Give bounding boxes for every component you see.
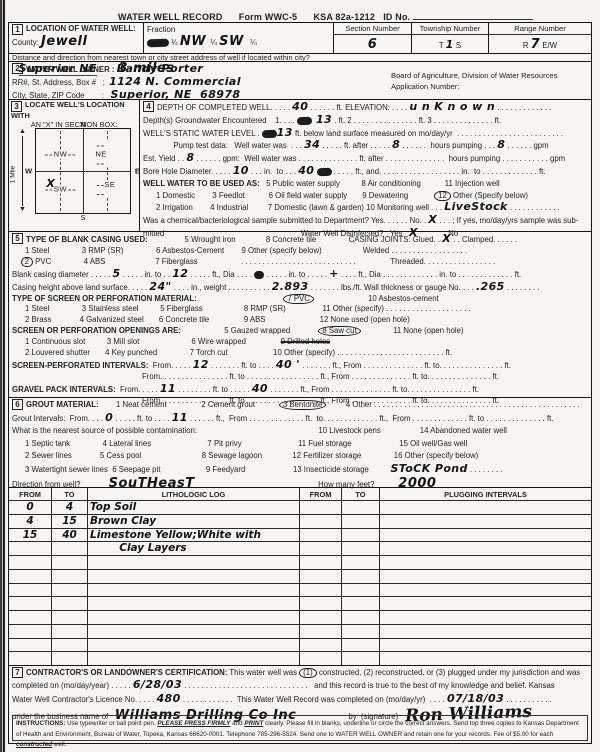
table-cell: Brown Clay xyxy=(88,515,300,528)
table-cell xyxy=(342,570,380,583)
text-run: . . . . ft., Dia . . . . . . . . . . . .… xyxy=(339,270,521,279)
text-run: constructed xyxy=(16,741,52,748)
table-cell xyxy=(52,639,88,652)
se-quadrant-label: SE xyxy=(93,180,117,198)
text-run: ¼ xyxy=(206,38,219,47)
pump-test-hours: 8 xyxy=(392,138,400,151)
text-run: Water Well Contractor's Licence No. . . … xyxy=(12,695,156,704)
table-cell xyxy=(380,556,591,569)
text-run: . ft. 2 . . . . . . . . . . . . . . . ft… xyxy=(332,116,501,125)
well-location-x-mark: X xyxy=(46,177,54,190)
screen-interval-from: 12 xyxy=(193,358,209,371)
table-cell xyxy=(88,611,300,624)
casing-diameter-1: 5 xyxy=(113,267,121,280)
horizontal-mid-line xyxy=(36,171,130,172)
use-other-circled: 12 xyxy=(434,191,451,201)
text-run: PLEASE PRESS FIRMLY xyxy=(157,720,230,727)
table-cell xyxy=(342,584,380,597)
text-run: From. . . . . . . . . . . . . . . . ft. … xyxy=(12,372,499,381)
text-run: RR#, St. Address, Box # : xyxy=(12,78,109,87)
text-run: 5 Public water supply 8 Air conditioning… xyxy=(260,179,500,188)
table-cell xyxy=(300,529,342,542)
county-value: Jewell xyxy=(41,34,87,49)
text-run: Pump test data: Well water was . . . xyxy=(143,141,304,150)
table-cell xyxy=(380,597,591,610)
text-run: . . . . . . . . ft. to . . . . . xyxy=(176,385,252,394)
contamination-header: What is the nearest source of possible c… xyxy=(12,425,588,438)
text-run: . . . . . . . . xyxy=(505,283,540,292)
form-title: WATER WELL RECORD xyxy=(118,12,223,22)
depth-completed-segments: DEPTH OF COMPLETED WELL. . . . . 40 . . … xyxy=(157,103,551,112)
table-cell xyxy=(342,515,380,528)
table-cell xyxy=(9,570,52,583)
section-location: 1LOCATION OF WATER WELL: County: Jewell … xyxy=(9,23,591,62)
instructions-block: INSTRUCTIONS: Use typewriter or ball poi… xyxy=(12,715,588,741)
table-cell-value: 0 xyxy=(26,502,33,513)
section-4-number: 4 xyxy=(143,101,154,112)
text-run: This water well was xyxy=(227,668,299,677)
scan-edge-artifact xyxy=(0,0,6,752)
table-cell: 4 xyxy=(9,515,52,528)
text-run: 1 Steel 3 Stainless steel 5 Fiberglass 8… xyxy=(12,304,471,313)
table-cell xyxy=(380,652,591,665)
text-run: Depth(s) Groundwater Encountered 1. . . … xyxy=(143,116,297,125)
table-header-row: FROM TO LITHOLOGIC LOG FROM TO PLUGGING … xyxy=(9,488,591,501)
table-cell xyxy=(300,625,342,638)
header-to-1: TO xyxy=(52,488,88,500)
text-run: ¼ xyxy=(244,38,257,47)
pump-test-water-level: 34 xyxy=(304,138,320,151)
casing-weight: 2.893 xyxy=(272,280,309,293)
location-grid: 1LOCATION OF WATER WELL: County: Jewell … xyxy=(9,23,591,53)
form-body: 1LOCATION OF WATER WELL: County: Jewell … xyxy=(8,22,592,744)
table-row xyxy=(9,625,591,639)
range-value: 7 xyxy=(531,37,541,52)
table-cell xyxy=(300,652,342,665)
owner-name-segments: WATER WELL OWNER : Randy Porter xyxy=(26,65,203,74)
elevation-value: u n K n o w n xyxy=(409,100,495,113)
table-body: 04Top Soil415Brown Clay1540Limestone Yel… xyxy=(9,501,591,665)
text-run: T xyxy=(439,41,446,50)
id-number-label: ID No. xyxy=(383,12,410,22)
text-run: R xyxy=(523,41,531,50)
text-run: Bore Hole Diameter. . . . . xyxy=(143,167,233,176)
cert-constructed-circled: (1) xyxy=(299,668,317,678)
table-cell-value: 40 xyxy=(62,530,77,541)
text-run: INSTRUCTIONS: xyxy=(16,720,65,727)
text-run: Use typewriter or ball point pen. xyxy=(65,720,157,727)
groundwater-encountered-line: Depth(s) Groundwater Encountered 1. . . … xyxy=(143,114,588,127)
header-from-1: FROM xyxy=(9,488,52,500)
text-run: 4 Other . . . . . . . . . . . . . . . . … xyxy=(326,400,579,409)
section-grout: 6GROUT MATERIAL: 1 Neat cement 2 Cement … xyxy=(9,398,591,488)
header-lithologic-log: LITHOLOGIC LOG xyxy=(88,488,300,500)
text-run: . . . . . . ft., From . . . . . . . . . … xyxy=(188,414,554,423)
table-cell-value: 4 xyxy=(66,502,73,513)
fraction-label: Fraction xyxy=(147,25,175,34)
location-heading-text: LOCATION OF WATER WELL: xyxy=(26,24,136,33)
section-location-depth: 3LOCATE WELL'S LOCATION WITH AN "X" IN S… xyxy=(9,100,591,232)
text-run: and xyxy=(230,720,244,727)
table-cell xyxy=(300,611,342,624)
text-run: Other (Specify below) xyxy=(451,191,528,200)
text-run: Grout Intervals: From. . . . xyxy=(12,414,105,423)
table-row: 415Brown Clay xyxy=(9,515,591,529)
form-number: Form WWC-5 xyxy=(239,12,298,22)
casing-header-segments: TYPE OF BLANK CASING USED: 5 Wrought iro… xyxy=(26,235,517,244)
board-of-agriculture-text: Board of Agriculture, Division of Water … xyxy=(391,70,588,81)
text-run: WELL'S STATIC WATER LEVEL . xyxy=(143,129,262,138)
fraction-scribble: XXX xyxy=(147,39,169,48)
table-cell xyxy=(300,515,342,528)
table-cell xyxy=(52,652,88,665)
arrow-up-icon: ▲ xyxy=(19,129,26,135)
table-cell xyxy=(380,584,591,597)
text-run: . . . . . . hours pumping . . . xyxy=(400,141,497,150)
static-level-crossed-out: 29 xyxy=(262,129,277,138)
table-cell-value: Top Soil xyxy=(90,502,136,513)
screen-material-row2: 2 Brass 4 Galvanized steel 6 Concrete ti… xyxy=(12,315,588,326)
form-statute: KSA 82a-1212 xyxy=(313,12,375,22)
openings-saw-cut-circled: 8 Saw cut xyxy=(318,326,360,336)
header-from-2: FROM xyxy=(300,488,342,500)
table-cell xyxy=(342,597,380,610)
section-1-number: 1 xyxy=(12,24,23,35)
groundwater-depth-1: 13 xyxy=(312,113,332,126)
table-cell xyxy=(342,639,380,652)
wall-thickness: .265 xyxy=(476,280,505,293)
table-cell xyxy=(300,584,342,597)
text-run: 10 Asbestos-cement xyxy=(314,294,439,303)
contamination-row3: 3 Watertight sewer lines 6 Seepage pit 9… xyxy=(12,463,588,477)
table-cell xyxy=(300,570,342,583)
text-run: E/W xyxy=(540,41,557,50)
spacer xyxy=(297,12,313,22)
table-cell xyxy=(342,501,380,514)
spacer xyxy=(223,12,239,22)
owner-block: 2WATER WELL OWNER : Randy Porter RR#, St… xyxy=(9,62,385,99)
agency-block: Board of Agriculture, Division of Water … xyxy=(385,62,591,99)
east-label: E xyxy=(135,167,140,176)
completed-date-line: completed on (mo/day/year) . . . . . 6/2… xyxy=(12,679,588,692)
screen-interval-to: 40 ' xyxy=(276,358,300,371)
text-run: ft. below land surface measured on mo/da… xyxy=(293,129,563,138)
locate-heading-text: LOCATE WELL'S LOCATION WITH xyxy=(11,100,125,120)
text-run: 1 Septic tank 4 Lateral lines 7 Pit priv… xyxy=(12,439,467,448)
text-run: 11 None (open hole) xyxy=(361,326,464,335)
table-cell xyxy=(52,570,88,583)
text-run: 1 Domestic 3 Feedlot 6 Oil field water s… xyxy=(143,191,434,200)
screen-material-pvc-circled: 7 PVC xyxy=(283,294,314,304)
casing-height: 24" xyxy=(149,280,171,293)
west-label: W xyxy=(25,167,32,176)
text-run: 2 Irrigation 4 Industrial 7 Domestic (la… xyxy=(143,203,444,212)
range-label: Range Number xyxy=(489,23,591,35)
table-cell-value: Clay Layers xyxy=(90,543,187,554)
pump-test-line: Pump test data: Well water was . . . 34 … xyxy=(143,139,588,152)
location-county-cell: 1LOCATION OF WATER WELL: County: Jewell xyxy=(9,23,144,53)
text-run: PRINT xyxy=(244,720,263,727)
table-cell xyxy=(300,556,342,569)
depth-completed-value: 40 xyxy=(292,100,308,113)
table-cell xyxy=(300,542,342,555)
certification-header-segments: CONTRACTOR'S OR LANDOWNER'S CERTIFICATIO… xyxy=(26,668,580,677)
text-run: 3 Watertight sewer lines 6 Seepage pit 9… xyxy=(12,465,390,474)
text-run: From. . . . . xyxy=(148,361,192,370)
table-cell xyxy=(9,611,52,624)
table-cell xyxy=(300,639,342,652)
depth-panel: 4DEPTH OF COMPLETED WELL. . . . . 40 . .… xyxy=(140,100,591,231)
text-run: . . . . . . . lbs./ft. Wall thickness or… xyxy=(309,283,476,292)
grout-intervals-line: Grout Intervals: From. . . . 0 . . . . .… xyxy=(12,412,588,426)
openings-header: SCREEN OR PERFORATION OPENINGS ARE: 5 Ga… xyxy=(12,326,588,337)
casing-joints-glued: X xyxy=(442,232,451,245)
text-run: Casing height above land surface. . . . … xyxy=(12,283,149,292)
range-cell: Range Number R 7 E/W xyxy=(489,23,591,53)
section-box-diagram: N S W E NW NE SW SE X xyxy=(35,128,131,214)
grout-from: 0 xyxy=(105,411,113,424)
text-run: . . . . . ft. after . . . . . xyxy=(320,141,392,150)
bore-hole-crossed-out: 50 xyxy=(316,168,331,177)
owner-address: 1124 N. Commercial xyxy=(109,75,241,88)
screen-material-row1: 1 Steel 3 Stainless steel 5 Fiberglass 8… xyxy=(12,304,588,315)
table-cell xyxy=(52,584,88,597)
sample-submitted-line: Was a chemical/bacteriological sample su… xyxy=(143,214,588,227)
text-run: . . . in. to . . . xyxy=(249,167,298,176)
text-run: . . . . . . . . . . . . . xyxy=(495,103,551,112)
screen-intervals-line2: From. . . . . . . . . . . . . . . . ft. … xyxy=(12,372,588,383)
text-run: . . . . . in. to . . xyxy=(121,270,173,279)
county-line: County: Jewell xyxy=(12,35,140,48)
table-cell xyxy=(342,652,380,665)
text-run: TYPE OF SCREEN OR PERFORATION MATERIAL: xyxy=(12,294,197,303)
gravel-interval-from: 11 xyxy=(160,382,176,395)
sample-submitted-no: X xyxy=(428,213,437,226)
text-run: 5 Wrought iron 8 Concrete tile CASING JO… xyxy=(148,235,443,244)
text-run: . . . . . . . . . . . . . . . . . . . . … xyxy=(182,681,555,690)
text-run: . . . . . ft., Dia . . . . xyxy=(188,270,254,279)
township-value-line: T 1 S xyxy=(439,35,461,52)
township-value: 1 xyxy=(446,38,454,51)
text-run: PVC 4 ABS 7 Fiberglass . . . . . . . . .… xyxy=(33,257,495,266)
table-row xyxy=(9,556,591,570)
table-row xyxy=(9,652,591,665)
table-cell xyxy=(9,597,52,610)
table-cell xyxy=(88,556,300,569)
static-water-level: 13 xyxy=(277,126,293,139)
casing-dia-2-scribble: 5 xyxy=(254,271,265,279)
table-cell xyxy=(380,542,591,555)
text-run: Blank casing diameter . . . . . xyxy=(12,270,113,279)
township-cell: Township Number T 1 S xyxy=(412,23,489,53)
fraction-quarter-2: SW xyxy=(219,34,244,49)
text-run: well. xyxy=(52,741,66,748)
use-other-value: LiveStock xyxy=(444,200,508,213)
table-cell xyxy=(342,611,380,624)
table-cell xyxy=(88,652,300,665)
table-cell xyxy=(380,625,591,638)
text-run: 2 Louvered shutter 4 Key punched 7 Torch… xyxy=(12,348,452,357)
table-cell xyxy=(380,501,591,514)
table-cell xyxy=(300,501,342,514)
application-number-label: Application Number: xyxy=(391,81,588,92)
text-run: Est. Yield . . xyxy=(143,154,186,163)
table-cell xyxy=(380,570,591,583)
table-cell xyxy=(9,542,52,555)
mile-bar xyxy=(22,136,23,206)
water-use-row2: 2 Irrigation 4 Industrial 7 Domestic (la… xyxy=(143,201,588,214)
table-cell: 4 xyxy=(52,501,88,514)
text-run xyxy=(197,294,284,303)
table-cell xyxy=(9,652,52,665)
openings-row1: 1 Continuous slot 3 Mill slot 6 Wire wra… xyxy=(12,337,588,348)
table-cell: 0 xyxy=(9,501,52,514)
section-number-cell: Section Number 6 xyxy=(334,23,412,53)
table-row: 1540Limestone Yellow;White with xyxy=(9,529,591,543)
table-cell xyxy=(52,597,88,610)
text-run xyxy=(12,257,21,266)
contamination-row2: 2 Sewer lines 5 Cess pool 8 Sewage lagoo… xyxy=(12,450,588,463)
spacer xyxy=(375,12,383,22)
table-row xyxy=(9,570,591,584)
bore-hole-diameter-line: Bore Hole Diameter. . . . . 10 . . . in.… xyxy=(143,165,588,178)
water-use-row1: 1 Domestic 3 Feedlot 6 Oil field water s… xyxy=(143,190,588,202)
fraction-quarter-1: NW xyxy=(180,34,206,49)
table-cell-value: 15 xyxy=(62,516,77,527)
table-cell xyxy=(342,625,380,638)
section-casing-screen: 5TYPE OF BLANK CASING USED: 5 Wrought ir… xyxy=(9,232,591,398)
county-label: County: xyxy=(12,38,39,47)
section-number-label: Section Number xyxy=(334,23,411,35)
bore-hole-depth: 40 xyxy=(298,164,314,177)
text-run: GRAVEL PACK INTERVALS: xyxy=(12,385,116,394)
text-run: . . . . . . . . . . . . This Water Well … xyxy=(181,695,447,704)
table-cell: Limestone Yellow;White with xyxy=(88,529,300,542)
text-run: . . . . . in. to . . . . . xyxy=(265,270,330,279)
table-cell-value: 15 xyxy=(23,530,38,541)
text-run: . . . . . . . . xyxy=(468,465,503,474)
header-to-2: TO xyxy=(342,488,380,500)
table-cell xyxy=(52,611,88,624)
well-completed-date: 6/28/03 xyxy=(133,678,182,691)
table-cell xyxy=(342,556,380,569)
text-run: . . . . . . ft. ELEVATION: . . . . xyxy=(308,103,409,112)
section-certification: 7CONTRACTOR'S OR LANDOWNER'S CERTIFICATI… xyxy=(9,666,591,717)
section-number-value: 6 xyxy=(368,37,378,52)
table-cell xyxy=(380,639,591,652)
table-cell xyxy=(88,597,300,610)
table-cell: 40 xyxy=(52,529,88,542)
table-row xyxy=(9,584,591,598)
fraction-cell: Fraction XXX ¼ NW ¼ SW ¼ xyxy=(144,23,334,53)
text-run: City, State, ZIP Code : xyxy=(12,91,111,100)
table-row xyxy=(9,597,591,611)
locate-heading-line1: 3LOCATE WELL'S LOCATION WITH xyxy=(11,101,137,121)
text-run: . . . ; If yes, mo/day/yrs sample was su… xyxy=(437,216,578,225)
text-run: 2 Sewer lines 5 Cess pool 8 Sewage lagoo… xyxy=(12,451,478,460)
static-water-level-line: WELL'S STATIC WATER LEVEL . 2913 ft. bel… xyxy=(143,127,588,140)
casing-row2: 2 PVC 4 ABS 7 Fiberglass . . . . . . . .… xyxy=(12,257,588,268)
table-cell xyxy=(342,542,380,555)
contractor-license-number: 480 xyxy=(156,692,180,705)
section-2-number: 2 xyxy=(12,63,23,74)
text-run: 1 Continuous slot 3 Mill slot 6 Wire wra… xyxy=(12,337,281,346)
table-cell-value: Limestone Yellow;White with xyxy=(90,530,261,541)
table-row: Clay Layers xyxy=(9,542,591,556)
header-plugging-intervals: PLUGGING INTERVALS xyxy=(380,488,591,500)
depth-completed-line: 4DEPTH OF COMPLETED WELL. . . . . 40 . .… xyxy=(143,101,588,114)
casing-strike-mark: + xyxy=(329,267,339,280)
water-well-record-scan: WATER WELL RECORD Form WWC-5 KSA 82a-121… xyxy=(0,0,600,752)
text-run: . . Clamped. . . . . . xyxy=(451,235,517,244)
grout-to: 11 xyxy=(172,411,188,424)
south-label: S xyxy=(80,213,85,222)
section-7-number: 7 xyxy=(12,667,23,678)
quarter-dash-line-left xyxy=(60,131,61,212)
text-run: . . . . . . . ft., From . . . . . . . . … xyxy=(300,361,511,370)
section-6-number: 6 xyxy=(12,399,23,410)
fraction-value-line: XXX ¼ NW ¼ SW ¼ xyxy=(147,35,330,48)
casing-header-line: 5TYPE OF BLANK CASING USED: 5 Wrought ir… xyxy=(12,233,588,246)
section-5-number: 5 xyxy=(12,233,23,244)
section-box-panel: 3LOCATE WELL'S LOCATION WITH AN "X" IN S… xyxy=(9,100,140,231)
est-yield-line: Est. Yield . . 8 . . . . . . gpm: Well w… xyxy=(143,152,588,165)
text-run: 1 Neat cement 2 Cement grout xyxy=(99,400,279,409)
township-label: Township Number xyxy=(412,23,488,35)
text-run: SCREEN OR PERFORATION OPENINGS ARE: xyxy=(12,326,181,335)
contamination-other-value: SToCK Pond xyxy=(390,462,467,475)
text-run: SCREEN-PERFORATED INTERVALS: xyxy=(12,361,148,370)
arrow-down-icon: ▼ xyxy=(19,207,26,213)
grout-header-segments: GROUT MATERIAL: 1 Neat cement 2 Cement g… xyxy=(26,400,580,409)
text-run: . . . . . ft., and. . . . . . . . . . . … xyxy=(331,167,545,176)
table-cell: Clay Layers xyxy=(88,542,300,555)
text-run: . . . . . . . . . . . . xyxy=(508,203,560,212)
text-run: 1 Steel 3 RMP (SR) 6 Asbestos-Cement 9 O… xyxy=(12,246,467,255)
table-cell xyxy=(380,515,591,528)
water-use-header-line: WELL WATER TO BE USED AS: 5 Public water… xyxy=(143,178,588,190)
text-run: . . . . . . . ft., From . . . . . . . . … xyxy=(268,385,479,394)
form-title-line: WATER WELL RECORD Form WWC-5 KSA 82a-121… xyxy=(118,11,533,22)
table-cell: Top Soil xyxy=(88,501,300,514)
table-row: 04Top Soil xyxy=(9,501,591,515)
bore-hole-diameter: 10 xyxy=(233,164,249,177)
lithologic-log-table: FROM TO LITHOLOGIC LOG FROM TO PLUGGING … xyxy=(9,488,591,666)
gravel-intervals-line1: GRAVEL PACK INTERVALS: From. . . . . 11 … xyxy=(12,383,588,396)
casing-row1: 1 Steel 3 RMP (SR) 6 Asbestos-Cement 9 O… xyxy=(12,246,588,257)
text-run: S xyxy=(454,41,461,50)
section-owner: 2WATER WELL OWNER : Randy Porter RR#, St… xyxy=(9,62,591,100)
screen-material-header: TYPE OF SCREEN OR PERFORATION MATERIAL: … xyxy=(12,294,588,305)
table-row xyxy=(9,611,591,625)
table-cell xyxy=(88,625,300,638)
table-cell xyxy=(9,639,52,652)
table-cell-value: Brown Clay xyxy=(90,516,156,527)
table-cell xyxy=(88,639,300,652)
table-cell xyxy=(88,570,300,583)
screen-intervals-line1: SCREEN-PERFORATED INTERVALS: From. . . .… xyxy=(12,359,588,372)
table-cell xyxy=(9,556,52,569)
text-run: 5 Gauzed wrapped xyxy=(181,326,318,335)
text-run: Was a chemical/bacteriological sample su… xyxy=(143,216,428,225)
owner-name: Randy Porter xyxy=(117,62,204,75)
table-cell: 15 xyxy=(9,529,52,542)
grout-header-line: 6GROUT MATERIAL: 1 Neat cement 2 Cement … xyxy=(12,399,588,412)
text-run: From. . . . . xyxy=(116,385,160,394)
table-cell xyxy=(52,556,88,569)
range-value-line: R 7 E/W xyxy=(523,35,557,52)
text-run: DEPTH OF COMPLETED WELL. . . . . xyxy=(157,103,292,112)
